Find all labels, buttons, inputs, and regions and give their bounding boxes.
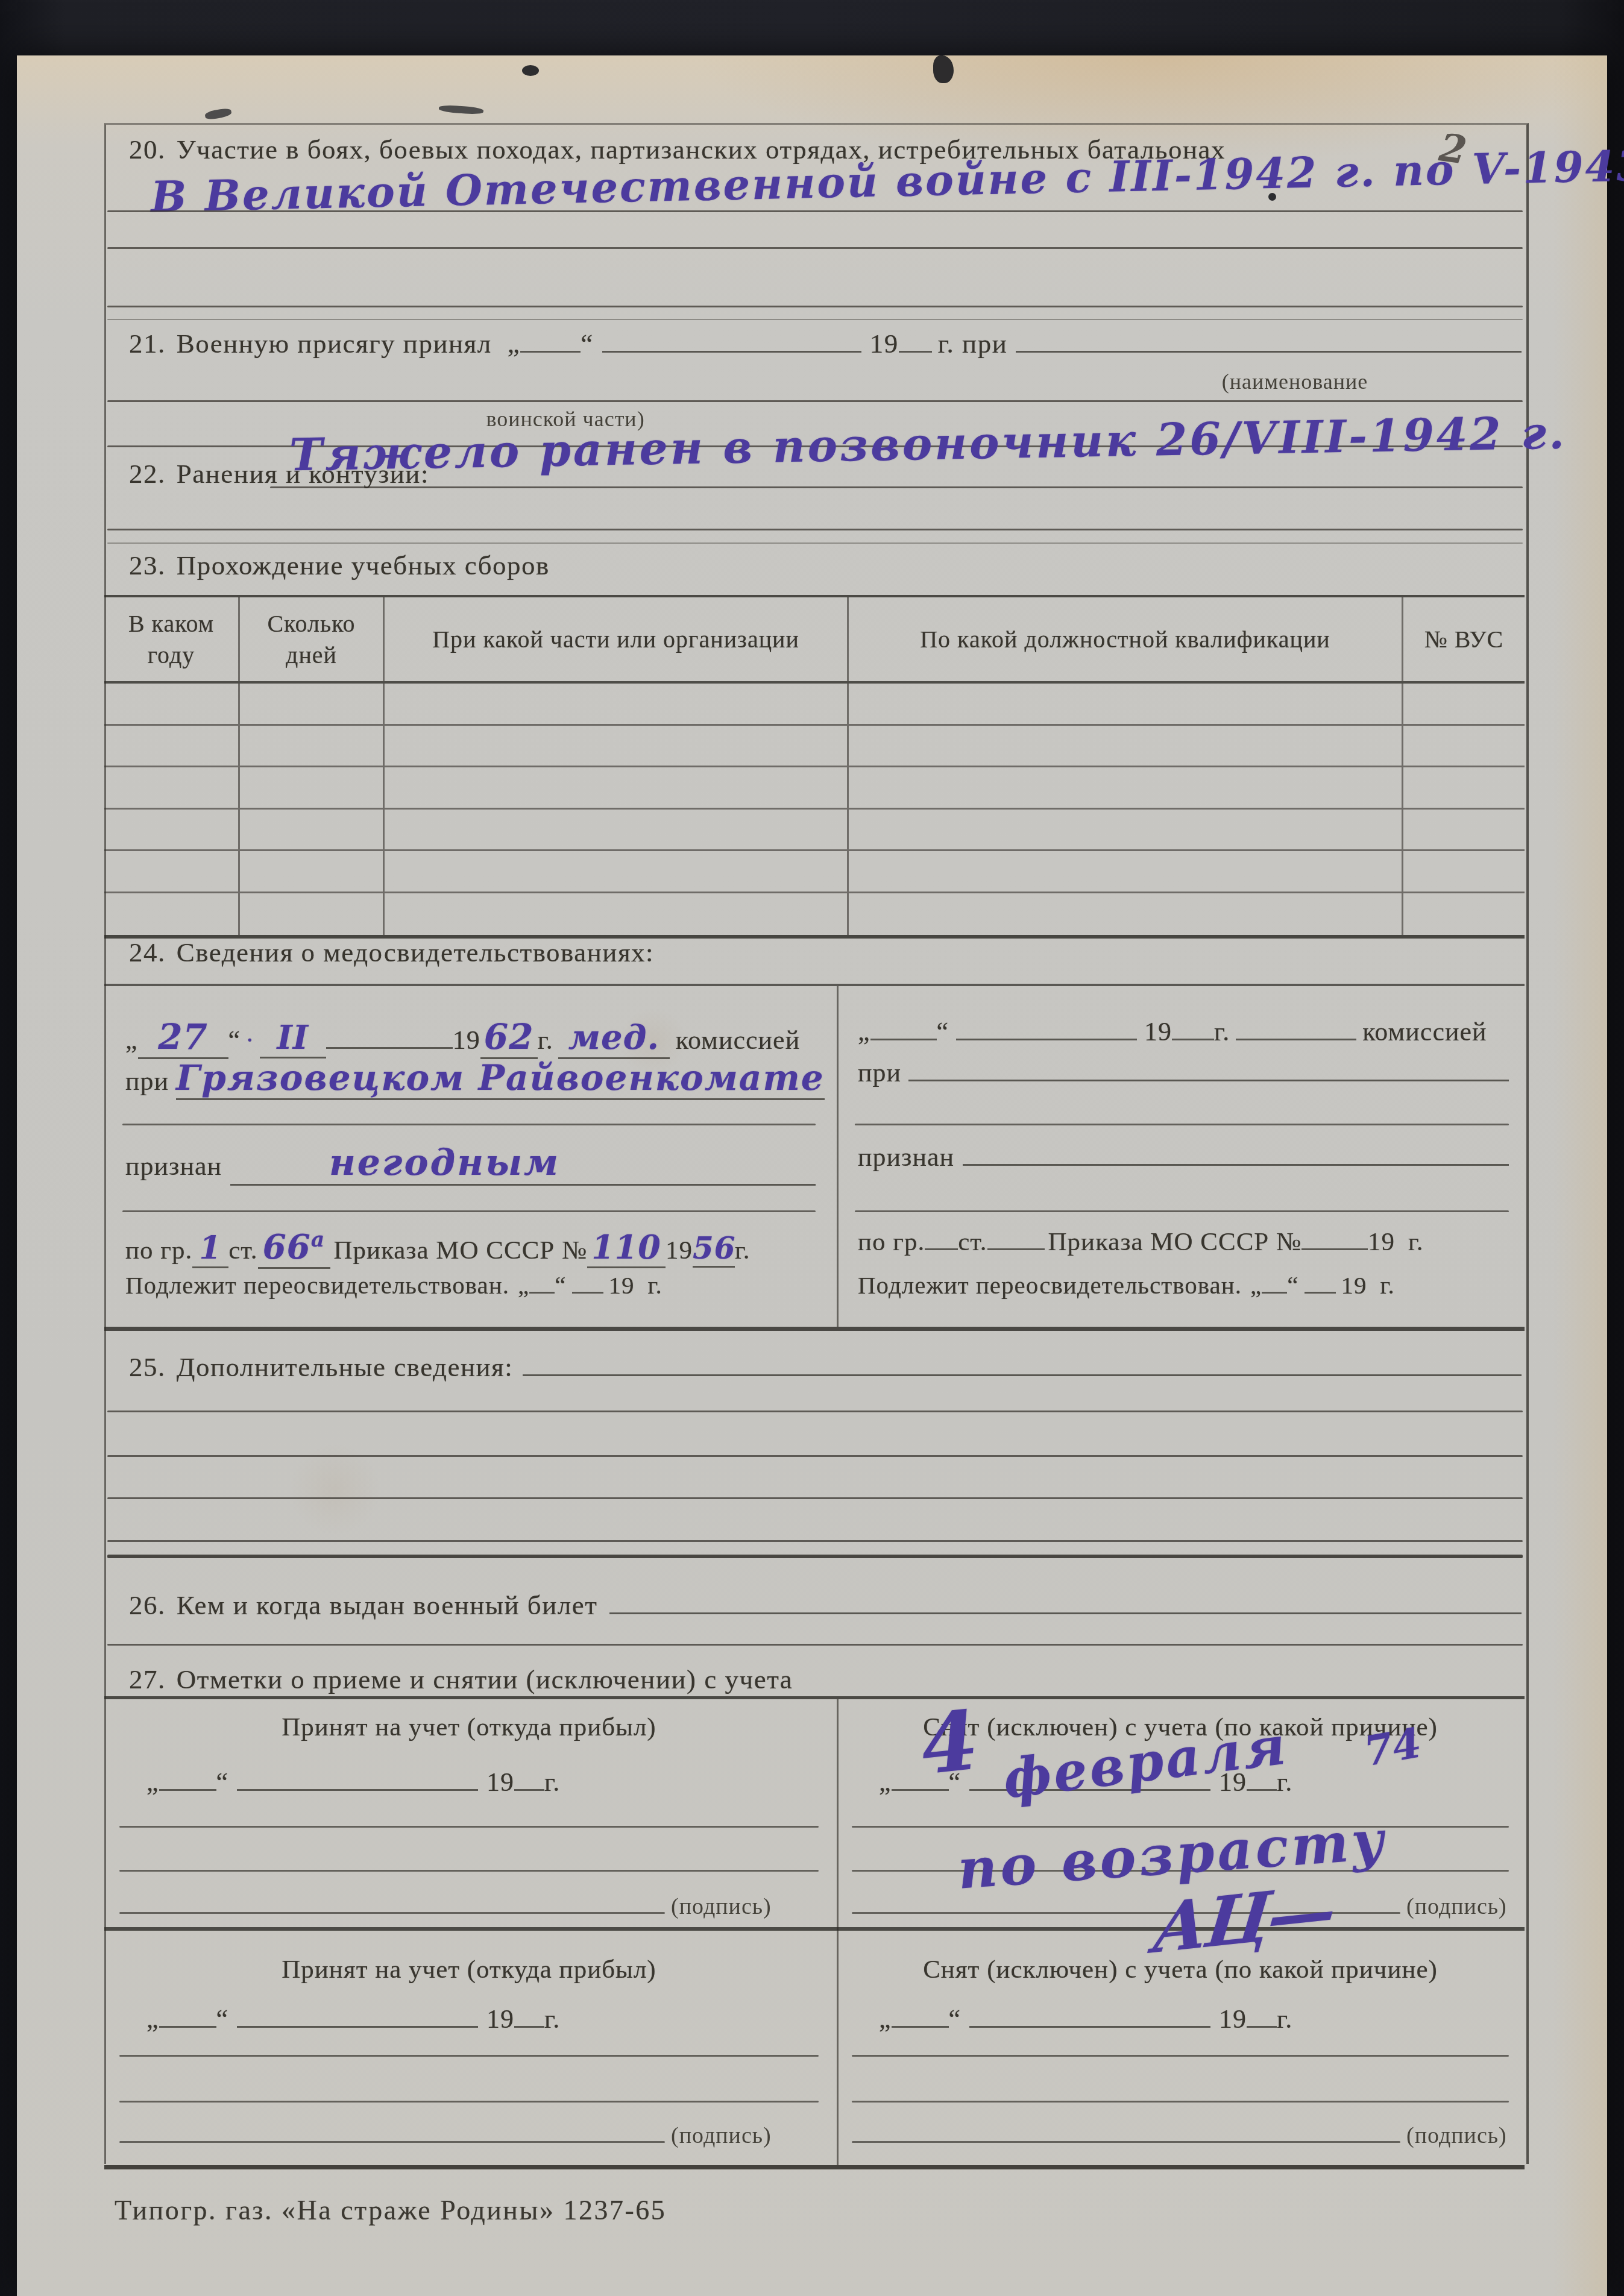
scan-background: { "labels": { "oq": "„", "cq": "“", "dot… (0, 0, 1624, 2296)
month-blank (602, 344, 861, 353)
scan-speck (439, 104, 484, 115)
ruled-line (855, 1210, 1509, 1212)
med-right-order-line: по гр. ст. Приказа МО СССР № 19 г. (858, 1227, 1509, 1257)
table-row (104, 684, 1525, 726)
scan-speck (522, 65, 539, 76)
col-header-qualification: По какой должностной квалификации (849, 597, 1403, 681)
med-right-verdict-line: признан (858, 1142, 1509, 1172)
ruled-line (107, 210, 1523, 212)
table-row (104, 851, 1525, 893)
item26-number: 26. (129, 1590, 166, 1621)
item26-line: 26. Кем и когда выдан военный билет (129, 1590, 1522, 1621)
ruled-line (107, 1411, 1523, 1412)
med-left-verdict-line: признан негодным (125, 1142, 816, 1186)
unit-blank (1016, 344, 1522, 353)
ruled-line (122, 1124, 816, 1125)
ruled-line (119, 1870, 819, 1872)
removed-year-handwritten: 74 (1361, 1719, 1425, 1776)
table-row (104, 726, 1525, 768)
med-order-year-handwritten: 56 (693, 1230, 736, 1266)
med-right-at-line: при (858, 1057, 1509, 1088)
signature-label: (подпись) (671, 2122, 772, 2149)
item24-number: 24. (129, 937, 166, 967)
med-right-date-line: „ “ 19 г. комиссией (858, 1016, 1509, 1047)
med-day-handwritten: 27 (158, 1016, 208, 1057)
imprint: Типогр. газ. «На страже Родины» 1237-65 (115, 2194, 666, 2226)
ruled-line (852, 2055, 1509, 2057)
signature-line (852, 2141, 1400, 2143)
item23-caption: 23.Прохождение учебных сборов (129, 550, 550, 581)
item24-caption: 24.Сведения о медосвидетельствованиях: (129, 937, 654, 968)
removed-date-line: „“ 19 г. (879, 2004, 1292, 2034)
document-page: 2 20.Участие в боях, боевых походах, пар… (17, 55, 1607, 2296)
med-left-order-line: по гр. 1 ст. 66а Приказа МО СССР № 110 1… (125, 1227, 816, 1269)
item27-caption: 27.Отметки о приеме и снятии (исключении… (129, 1664, 793, 1695)
removed-header: Снят (исключен) с учета (по какой причин… (852, 1955, 1509, 1984)
med-st-handwritten: 66а (263, 1227, 325, 1267)
scan-speck (204, 107, 232, 120)
med-verdict-handwritten: негодным (329, 1142, 560, 1184)
item21-number: 21. (129, 328, 166, 359)
col-header-unit: При какой части или организации (385, 597, 849, 681)
day-blank (520, 344, 581, 353)
training-table: В каком году Сколько дней При какой част… (104, 595, 1525, 939)
med-kind-handwritten: мед. (568, 1017, 659, 1057)
accepted-date-line: „“ 19 г. (146, 2004, 560, 2034)
item25-number: 25. (129, 1351, 166, 1383)
signature-label: (подпись) (671, 1893, 772, 1920)
ruled-line (270, 486, 1523, 488)
item27-number: 27. (129, 1664, 166, 1694)
removed-day-handwritten: 4 (916, 1692, 983, 1793)
accepted-header: Принят на учет (откуда прибыл) (122, 1955, 816, 1984)
signature-line (119, 2141, 665, 2143)
ruled-line (122, 1210, 816, 1212)
col-header-vus: № ВУС (1403, 597, 1525, 681)
signature-label: (подпись) (1406, 2122, 1507, 2149)
ruled-line (107, 1644, 1523, 1646)
med-left-resurvey-line: Подлежит переосвидетельствован. „“ 19 г. (125, 1271, 816, 1300)
col-header-year: В каком году (104, 597, 240, 681)
year-blank (899, 344, 932, 353)
medical-box: „ 27 “ · II 19 62 г. мед. комиссией при … (104, 984, 1525, 1331)
accepted-date-line: „“ 19 г. (146, 1767, 560, 1797)
accepted-header: Принят на учет (откуда прибыл) (122, 1713, 816, 1742)
ruled-line (107, 400, 1523, 402)
med-left-date-line: „ 27 “ · II 19 62 г. мед. комиссией (125, 1016, 816, 1059)
signature-label: (подпись) (1406, 1893, 1507, 1920)
ruled-line (107, 306, 1523, 307)
med-gr-handwritten: 1 (200, 1230, 222, 1266)
med-at-entry-handwritten: Грязовецком Райвоенкомате (176, 1057, 825, 1098)
ruled-line (107, 319, 1523, 320)
med-order-no-handwritten: 110 (591, 1228, 661, 1266)
item25-line: 25. Дополнительные сведения: (129, 1351, 1522, 1383)
table-row (104, 893, 1525, 936)
ruled-line (107, 1497, 1523, 1499)
table-row (104, 767, 1525, 810)
med-month-handwritten: II (277, 1018, 309, 1057)
ruled-line (107, 1540, 1523, 1542)
item20-number: 20. (129, 134, 166, 165)
med-year-handwritten: 62 (484, 1016, 534, 1057)
table-header-row: В каком году Сколько дней При какой част… (104, 597, 1525, 684)
ruled-line (119, 1826, 819, 1828)
med-right-resurvey-line: Подлежит переосвидетельствован. „“ 19 г. (858, 1271, 1509, 1300)
ruled-line (119, 2101, 819, 2103)
signature-line (119, 1912, 665, 1914)
col-header-days: Сколько дней (240, 597, 385, 681)
ruled-line (119, 2055, 819, 2057)
column-divider (837, 986, 839, 1327)
item23-number: 23. (129, 550, 166, 580)
item21-line: 21. Военную присягу принял „“ 19 г. при (129, 328, 1522, 359)
ruled-line (852, 2101, 1509, 2103)
ruled-line (107, 1455, 1523, 1457)
med-left-at-line: при Грязовецком Райвоенкомате (125, 1057, 816, 1100)
ruled-line (855, 1124, 1509, 1125)
column-divider (837, 1699, 839, 2165)
scan-speck (933, 55, 954, 83)
registration-box: Принят на учет (откуда прибыл) Снят (иск… (104, 1696, 1525, 2169)
section-divider-line (107, 1555, 1523, 1558)
item21-note-top: (наименование (1102, 369, 1488, 394)
item22-number: 22. (129, 459, 166, 489)
ruled-line (107, 543, 1523, 544)
table-row (104, 810, 1525, 852)
ruled-line (107, 247, 1523, 249)
ruled-line (107, 529, 1523, 530)
